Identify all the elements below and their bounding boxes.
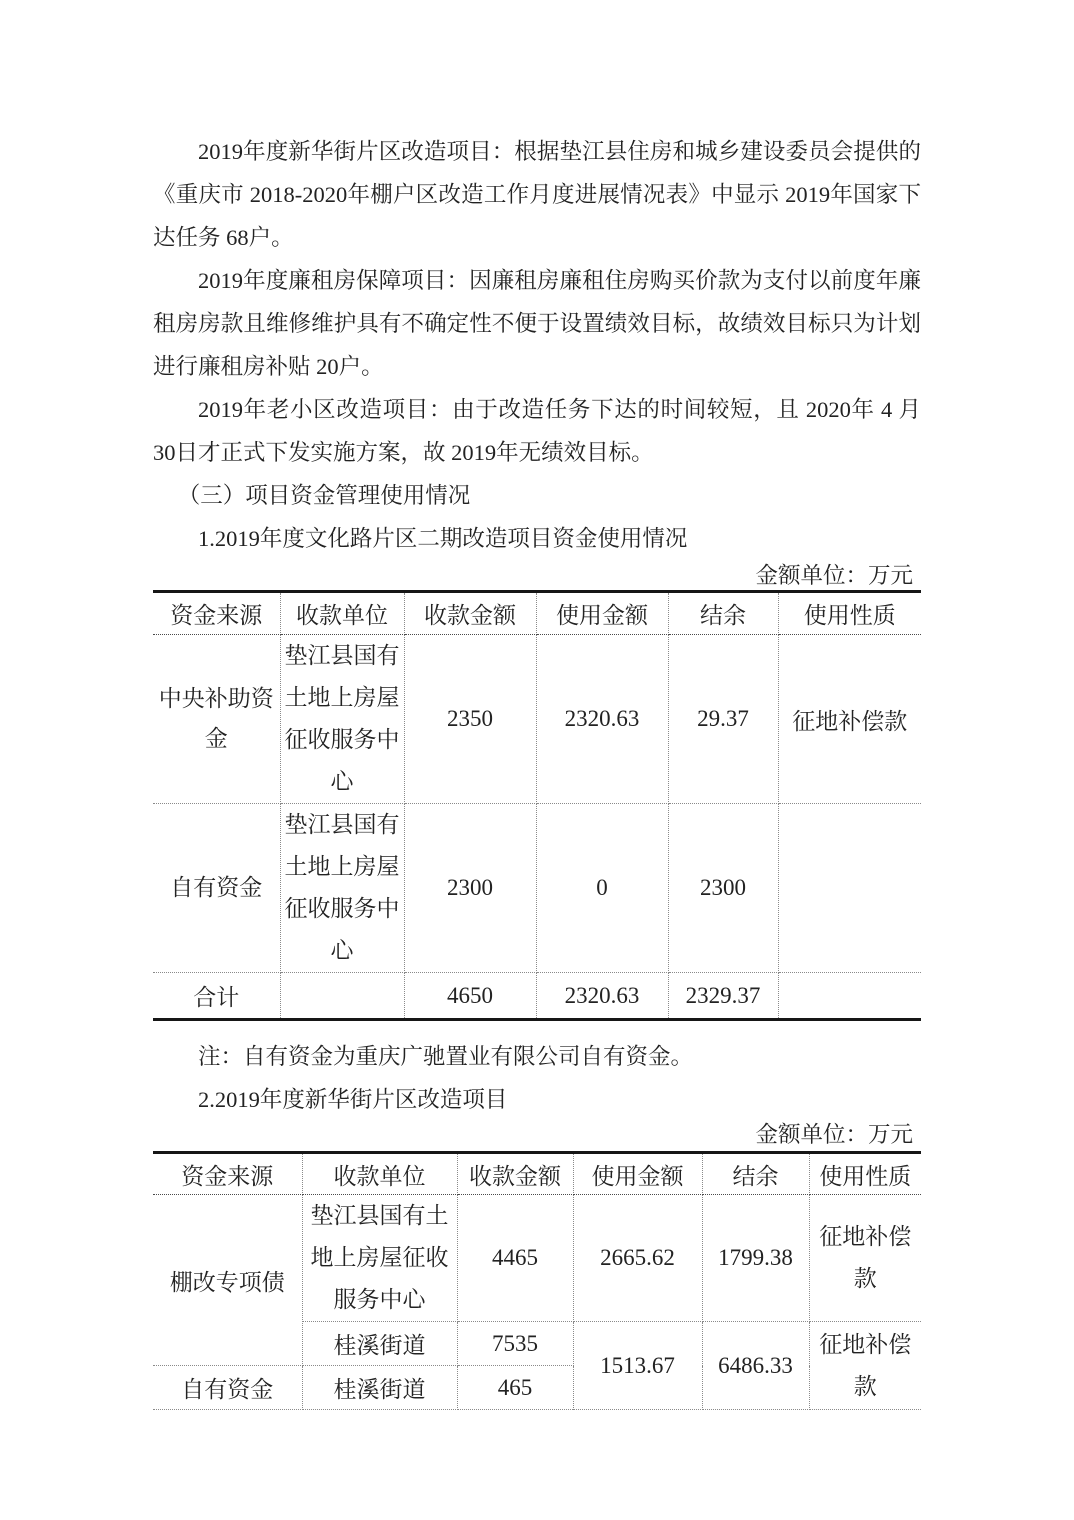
usage-nature-cell <box>778 973 921 1020</box>
balance-cell: 2300 <box>668 804 778 973</box>
column-header-payee: 收款单位 <box>302 1153 457 1195</box>
usage-nature-cell-merged: 征地补偿款 <box>809 1322 921 1410</box>
usage-nature-cell: 征地补偿款 <box>809 1195 921 1322</box>
section-heading: （三）项目资金管理使用情况 <box>153 474 921 517</box>
source-cell-own-funds: 自有资金 <box>153 1366 302 1410</box>
balance-cell: 2329.37 <box>668 973 778 1020</box>
payee-cell: 垫江县国有土地上房屋征收服务中心 <box>280 635 404 804</box>
funding-table-2: 资金来源 收款单位 收款金额 使用金额 结余 使用性质 棚改专项债 垫江县国有土… <box>153 1151 921 1410</box>
column-header-used: 使用金额 <box>536 592 668 635</box>
table1-row-own-funds: 自有资金 垫江县国有土地上房屋征收服务中心 2300 0 2300 <box>153 804 921 973</box>
funding-table-1: 资金来源 收款单位 收款金额 使用金额 结余 使用性质 中央补助资金 垫江县国有… <box>153 590 921 1021</box>
received-amount-cell: 2350 <box>404 635 536 804</box>
usage-nature-cell: 征地补偿款 <box>778 635 921 804</box>
table2-unit-label: 金额单位：万元 <box>153 1121 921 1149</box>
received-amount-cell: 4465 <box>457 1195 573 1322</box>
column-header-source: 资金来源 <box>153 592 280 635</box>
column-header-nature: 使用性质 <box>809 1153 921 1195</box>
column-header-nature: 使用性质 <box>778 592 921 635</box>
column-header-balance: 结余 <box>668 592 778 635</box>
column-header-received: 收款金额 <box>404 592 536 635</box>
body-paragraph-3: 2019年老小区改造项目：由于改造任务下达的时间较短，且 2020年 4 月30… <box>153 388 921 474</box>
body-paragraph-2: 2019年度廉租房保障项目：因廉租房廉租住房购买价款为支付以前度年廉租房房款且维… <box>153 259 921 388</box>
balance-cell: 1799.38 <box>702 1195 809 1322</box>
table1-caption: 1.2019年度文化路片区二期改造项目资金使用情况 <box>153 517 921 560</box>
payee-cell: 桂溪街道 <box>302 1322 457 1366</box>
source-cell: 自有资金 <box>153 804 280 973</box>
table1-note: 注：自有资金为重庆广驰置业有限公司自有资金。 <box>153 1035 921 1078</box>
payee-cell: 垫江县国有土地上房屋征收服务中心 <box>302 1195 457 1322</box>
page-content: 2019年度新华街片区改造项目：根据垫江县住房和城乡建设委员会提供的《重庆市 2… <box>0 0 1074 1410</box>
payee-cell: 垫江县国有土地上房屋征收服务中心 <box>280 804 404 973</box>
used-amount-cell: 2320.63 <box>536 635 668 804</box>
column-header-balance: 结余 <box>702 1153 809 1195</box>
used-amount-cell: 2665.62 <box>573 1195 702 1322</box>
body-paragraph-1: 2019年度新华街片区改造项目：根据垫江县住房和城乡建设委员会提供的《重庆市 2… <box>153 130 921 259</box>
table1-row-total: 合计 4650 2320.63 2329.37 <box>153 973 921 1020</box>
source-cell: 中央补助资金 <box>153 635 280 804</box>
balance-cell: 29.37 <box>668 635 778 804</box>
used-amount-cell: 2320.63 <box>536 973 668 1020</box>
table2-row-special-bond: 棚改专项债 垫江县国有土地上房屋征收服务中心 4465 2665.62 1799… <box>153 1195 921 1322</box>
column-header-received: 收款金额 <box>457 1153 573 1195</box>
received-amount-cell: 4650 <box>404 973 536 1020</box>
usage-nature-cell <box>778 804 921 973</box>
table2-caption: 2.2019年度新华街片区改造项目 <box>153 1078 921 1121</box>
total-label-cell: 合计 <box>153 973 280 1020</box>
document-page: 2019年度新华街片区改造项目：根据垫江县住房和城乡建设委员会提供的《重庆市 2… <box>0 0 1074 1520</box>
column-header-source: 资金来源 <box>153 1153 302 1195</box>
used-amount-cell: 0 <box>536 804 668 973</box>
payee-cell: 桂溪街道 <box>302 1366 457 1410</box>
balance-cell-merged: 6486.33 <box>702 1322 809 1410</box>
used-amount-cell-merged: 1513.67 <box>573 1322 702 1410</box>
source-cell-special-bond: 棚改专项债 <box>153 1195 302 1366</box>
table1-unit-label: 金额单位：万元 <box>153 562 921 590</box>
received-amount-cell: 2300 <box>404 804 536 973</box>
payee-cell <box>280 973 404 1020</box>
table1-header-row: 资金来源 收款单位 收款金额 使用金额 结余 使用性质 <box>153 592 921 635</box>
column-header-payee: 收款单位 <box>280 592 404 635</box>
table2-header-row: 资金来源 收款单位 收款金额 使用金额 结余 使用性质 <box>153 1153 921 1195</box>
received-amount-cell: 7535 <box>457 1322 573 1366</box>
column-header-used: 使用金额 <box>573 1153 702 1195</box>
received-amount-cell: 465 <box>457 1366 573 1410</box>
table1-row-central-subsidy: 中央补助资金 垫江县国有土地上房屋征收服务中心 2350 2320.63 29.… <box>153 635 921 804</box>
